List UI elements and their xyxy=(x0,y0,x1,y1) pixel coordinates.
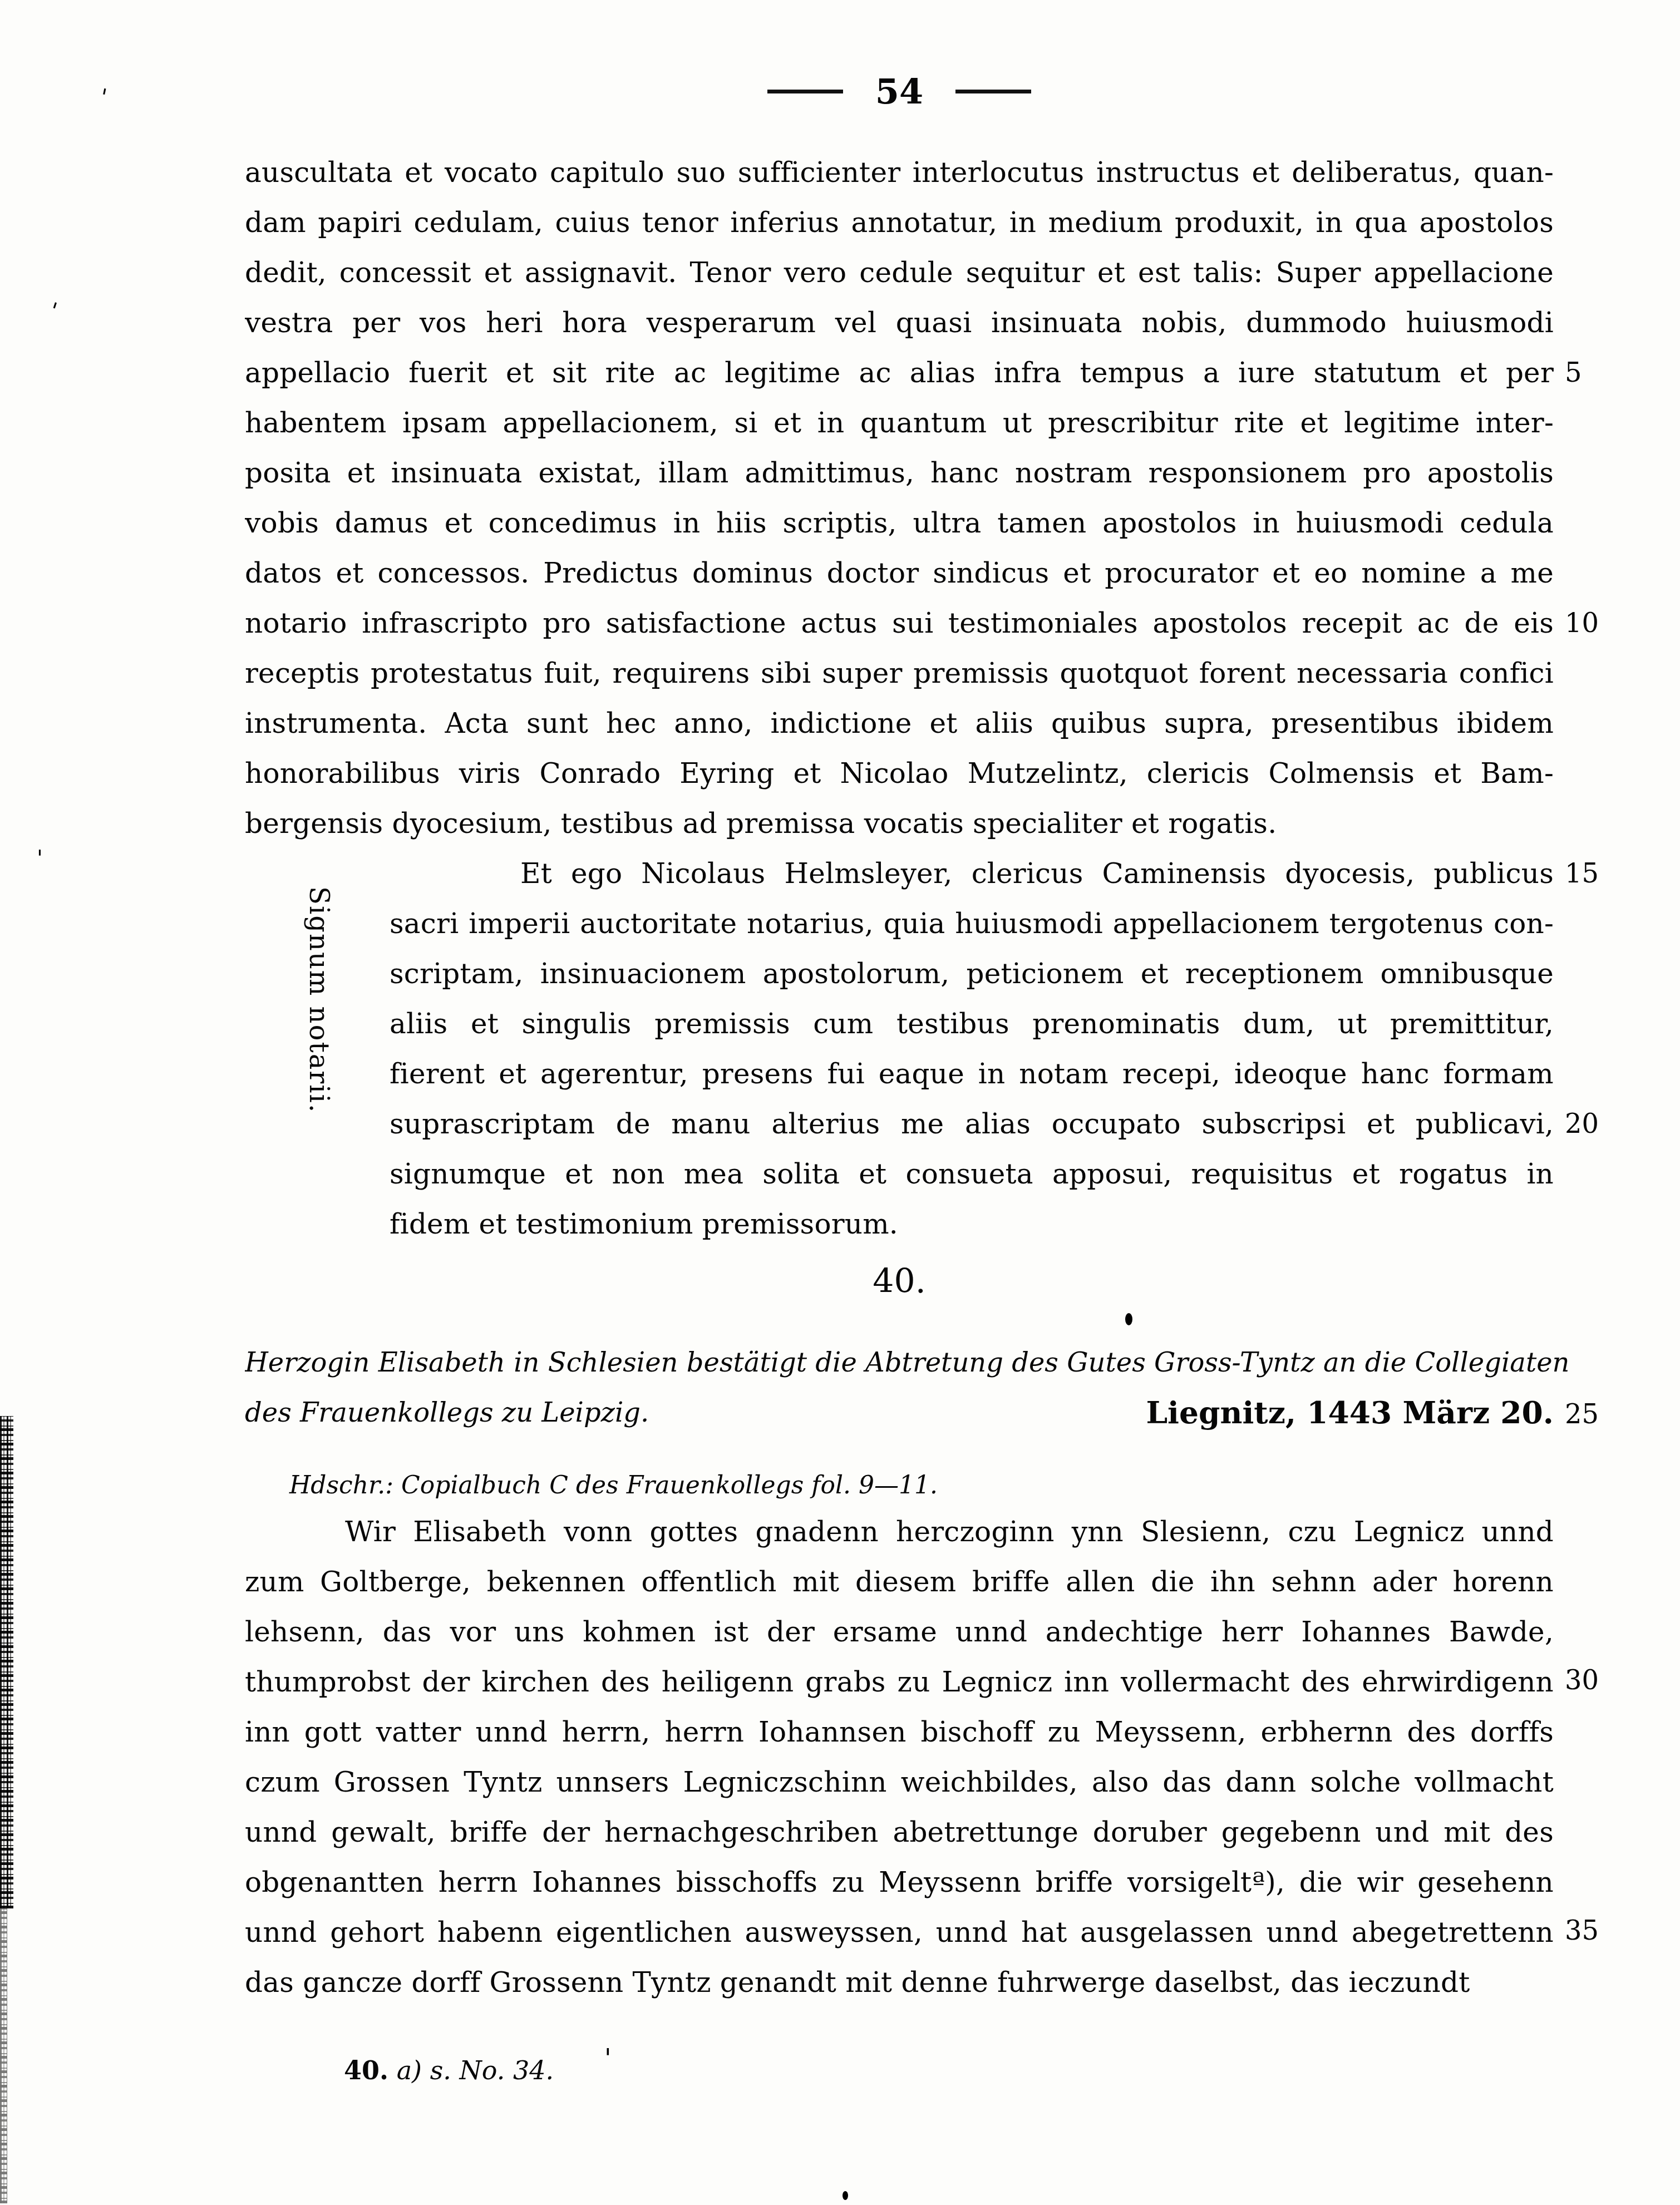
scan-edge-artifact xyxy=(0,1416,13,1908)
stray-mark: ' xyxy=(604,2043,612,2073)
latin-line: notario infrascripto pro satisfactione a… xyxy=(245,598,1554,648)
latin-line: bergensis dyocesium, testibus ad premiss… xyxy=(245,798,1554,849)
notarial-line: suprascriptam de manu alterius me alias … xyxy=(390,1099,1554,1149)
latin-line: vestra per vos heri hora vesperarum vel … xyxy=(245,298,1554,348)
notarial-line: scriptam, insinuacionem apostolorum, pet… xyxy=(390,949,1554,999)
page-header: 54 xyxy=(245,71,1554,112)
german-line: czum Grossen Tyntz unnsers Legniczschinn… xyxy=(245,1757,1554,1807)
german-line: inn gott vatter unnd herrn, herrn Iohann… xyxy=(245,1707,1554,1757)
scan-edge-artifact xyxy=(0,1908,7,2203)
scanned-book-page: 54 auscultata et vocato capitulo suo suf… xyxy=(0,0,1680,2205)
header-dash-left xyxy=(767,90,843,93)
header-dash-right xyxy=(955,90,1031,93)
manuscript-source: Hdschr.: Copialbuch C des Frauenkollegs … xyxy=(289,1463,1514,1508)
german-line: obgenantten herrn Iohannes bisschoffs zu… xyxy=(245,1857,1554,1907)
german-line: unnd gewalt, briffe der hernachgeschribe… xyxy=(245,1807,1554,1857)
notarial-line: fidem et testimonium premissorum. xyxy=(390,1199,1554,1249)
notarial-block: Et ego Nicolaus Helmsleyer, clericus Cam… xyxy=(390,849,1554,1249)
ink-dot xyxy=(1125,1313,1132,1325)
footnote-marker: 40. xyxy=(344,2055,388,2085)
line-number-10: 10 xyxy=(1565,606,1632,640)
footnote: 40. a) s. No. 34. xyxy=(344,2051,554,2090)
german-line: lehsenn, das vor uns kohmen ist der ersa… xyxy=(245,1607,1554,1657)
german-line: das gancze dorff Grossenn Tyntz genandt … xyxy=(245,1957,1554,2007)
latin-line: auscultata et vocato capitulo suo suffic… xyxy=(245,147,1554,198)
latin-line: posita et insinuata existat, illam admit… xyxy=(245,448,1554,498)
german-paragraph: Wir Elisabeth vonn gottes gnadenn herczo… xyxy=(245,1507,1554,2007)
notarial-line: signumque et non mea solita et consueta … xyxy=(390,1149,1554,1199)
signum-notarii-sidenote: Signum notarii. xyxy=(305,886,333,1113)
line-number-5: 5 xyxy=(1565,356,1632,389)
latin-paragraph: auscultata et vocato capitulo suo suffic… xyxy=(245,147,1554,849)
line-number-15: 15 xyxy=(1565,857,1632,890)
german-line: thumprobst der kirchen des heiligenn gra… xyxy=(245,1657,1554,1707)
latin-line: vobis damus et concedimus in hiis script… xyxy=(245,498,1554,548)
german-line: Wir Elisabeth vonn gottes gnadenn herczo… xyxy=(245,1507,1554,1557)
latin-line: habentem ipsam appellacionem, si et in q… xyxy=(245,398,1554,448)
stray-mark: ' xyxy=(97,84,109,110)
line-number-20: 20 xyxy=(1565,1107,1632,1141)
latin-line: dedit, concessit et assignavit. Tenor ve… xyxy=(245,248,1554,298)
notarial-line: sacri imperii auctoritate notarius, quia… xyxy=(390,899,1554,949)
line-number-35: 35 xyxy=(1565,1914,1632,1947)
ink-dot xyxy=(843,2191,848,2200)
stray-mark: ' xyxy=(37,846,43,871)
notarial-line: fierent et agerentur, presens fui eaque … xyxy=(390,1049,1554,1099)
latin-line: receptis protestatus fuit, requirens sib… xyxy=(245,648,1554,698)
notarial-line: Et ego Nicolaus Helmsleyer, clericus Cam… xyxy=(390,849,1554,899)
footnote-text: a) s. No. 34. xyxy=(397,2055,554,2085)
latin-line: instrumenta. Acta sunt hec anno, indicti… xyxy=(245,698,1554,748)
notarial-line: aliis et singulis premissis cum testibus… xyxy=(390,999,1554,1049)
latin-line: dam papiri cedulam, cuius tenor inferius… xyxy=(245,198,1554,248)
line-number-30: 30 xyxy=(1565,1664,1632,1697)
regest-line: Herzogin Elisabeth in Schlesien bestätig… xyxy=(245,1338,1580,1388)
latin-line: appellacio fuerit et sit rite ac legitim… xyxy=(245,348,1554,398)
german-line: zum Goltberge, bekennen offentlich mit d… xyxy=(245,1557,1554,1607)
line-number-25: 25 xyxy=(1565,1398,1632,1431)
document-date: Liegnitz, 1443 März 20. xyxy=(245,1388,1554,1438)
page-number: 54 xyxy=(875,71,923,112)
latin-line: datos et concessos. Predictus dominus do… xyxy=(245,548,1554,598)
latin-line: honorabilibus viris Conrado Eyring et Ni… xyxy=(245,748,1554,798)
section-number: 40. xyxy=(245,1262,1554,1301)
stray-mark: ' xyxy=(46,298,60,324)
german-line: unnd gehort habenn eigentlichen ausweyss… xyxy=(245,1907,1554,1957)
